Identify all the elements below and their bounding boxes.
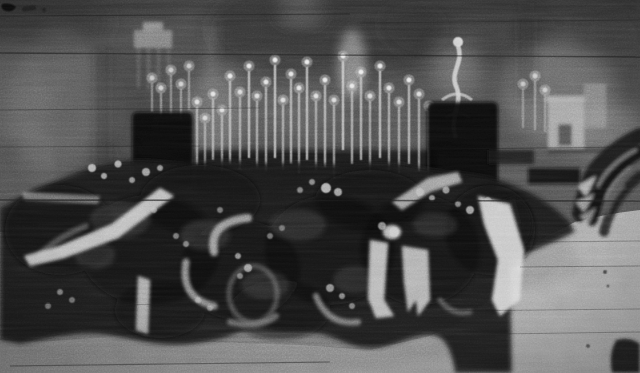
vignette: [0, 0, 640, 373]
funeral-photograph: [0, 0, 640, 373]
photo-canvas: [0, 0, 640, 373]
